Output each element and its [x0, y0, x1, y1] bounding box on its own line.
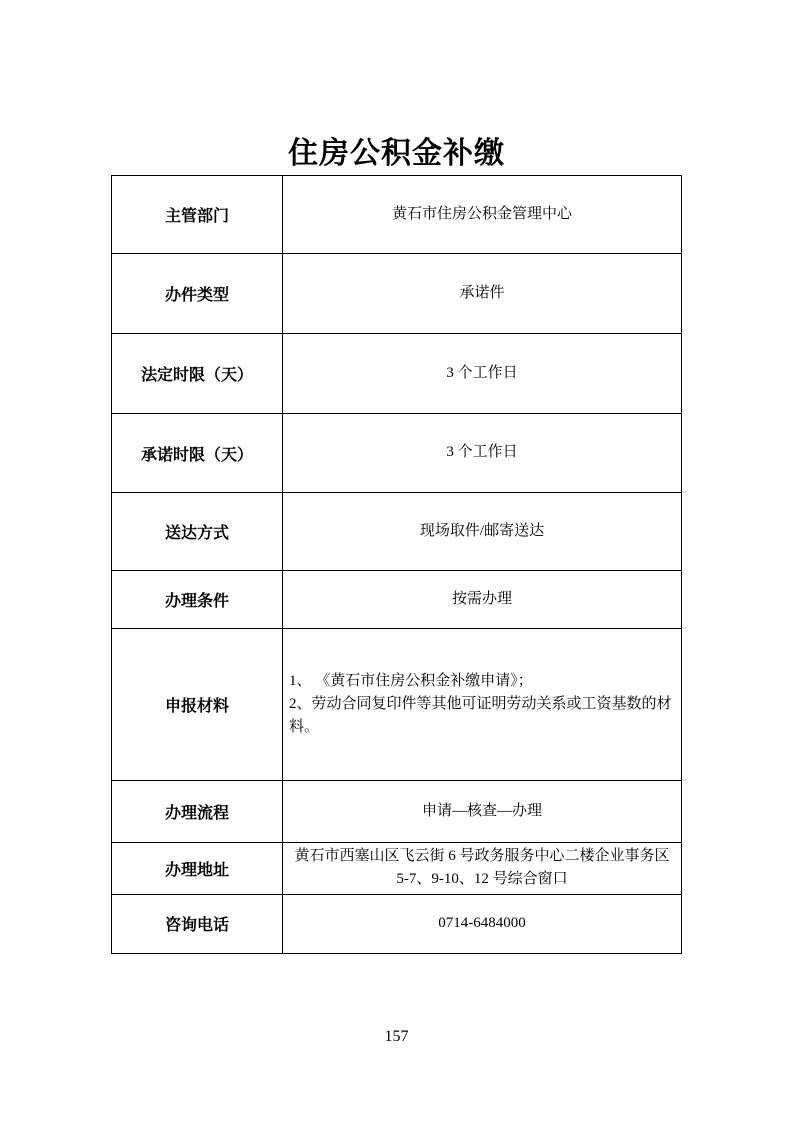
row-label: 办件类型 — [112, 254, 283, 334]
row-value: 按需办理 — [283, 571, 682, 629]
row-label: 承诺时限（天） — [112, 414, 283, 493]
materials-line-1: 1、 《黄石市住房公积金补缴申请》； — [289, 670, 673, 693]
row-value: 3 个工作日 — [283, 334, 682, 414]
table-row: 送达方式 现场取件/邮寄送达 — [112, 493, 682, 571]
row-label: 办理流程 — [112, 781, 283, 843]
row-value: 现场取件/邮寄送达 — [283, 493, 682, 571]
table-row: 办理条件 按需办理 — [112, 571, 682, 629]
table-row: 咨询电话 0714-6484000 — [112, 894, 682, 953]
info-table: 主管部门 黄石市住房公积金管理中心 办件类型 承诺件 法定时限（天） 3 个工作… — [111, 175, 682, 954]
row-value: 1、 《黄石市住房公积金补缴申请》； 2、劳动合同复印件等其他可证明劳动关系或工… — [283, 629, 682, 781]
table-row: 办件类型 承诺件 — [112, 254, 682, 334]
materials-line-2: 2、劳动合同复印件等其他可证明劳动关系或工资基数的材料。 — [289, 693, 673, 740]
row-value: 黄石市西塞山区飞云街 6 号政务服务中心二楼企业事务区 5-7、9-10、12 … — [283, 843, 682, 895]
row-label: 法定时限（天） — [112, 334, 283, 414]
row-value: 0714-6484000 — [283, 894, 682, 953]
document-page: 住房公积金补缴 主管部门 黄石市住房公积金管理中心 办件类型 承诺件 法定时限（… — [0, 0, 793, 1122]
row-value: 黄石市住房公积金管理中心 — [283, 176, 682, 254]
row-value: 申请—核查—办理 — [283, 781, 682, 843]
table-row: 办理流程 申请—核查—办理 — [112, 781, 682, 843]
row-value: 承诺件 — [283, 254, 682, 334]
row-label: 送达方式 — [112, 493, 283, 571]
table-row: 主管部门 黄石市住房公积金管理中心 — [112, 176, 682, 254]
row-value: 3 个工作日 — [283, 414, 682, 493]
row-label: 办理条件 — [112, 571, 283, 629]
table-row: 法定时限（天） 3 个工作日 — [112, 334, 682, 414]
table-row: 办理地址 黄石市西塞山区飞云街 6 号政务服务中心二楼企业事务区 5-7、9-1… — [112, 843, 682, 895]
table-row: 承诺时限（天） 3 个工作日 — [112, 414, 682, 493]
document-title: 住房公积金补缴 — [111, 128, 682, 172]
row-label: 申报材料 — [112, 629, 283, 781]
page-number: 157 — [0, 1028, 793, 1046]
table-row: 申报材料 1、 《黄石市住房公积金补缴申请》； 2、劳动合同复印件等其他可证明劳… — [112, 629, 682, 781]
row-label: 咨询电话 — [112, 894, 283, 953]
row-label: 办理地址 — [112, 843, 283, 895]
row-label: 主管部门 — [112, 176, 283, 254]
